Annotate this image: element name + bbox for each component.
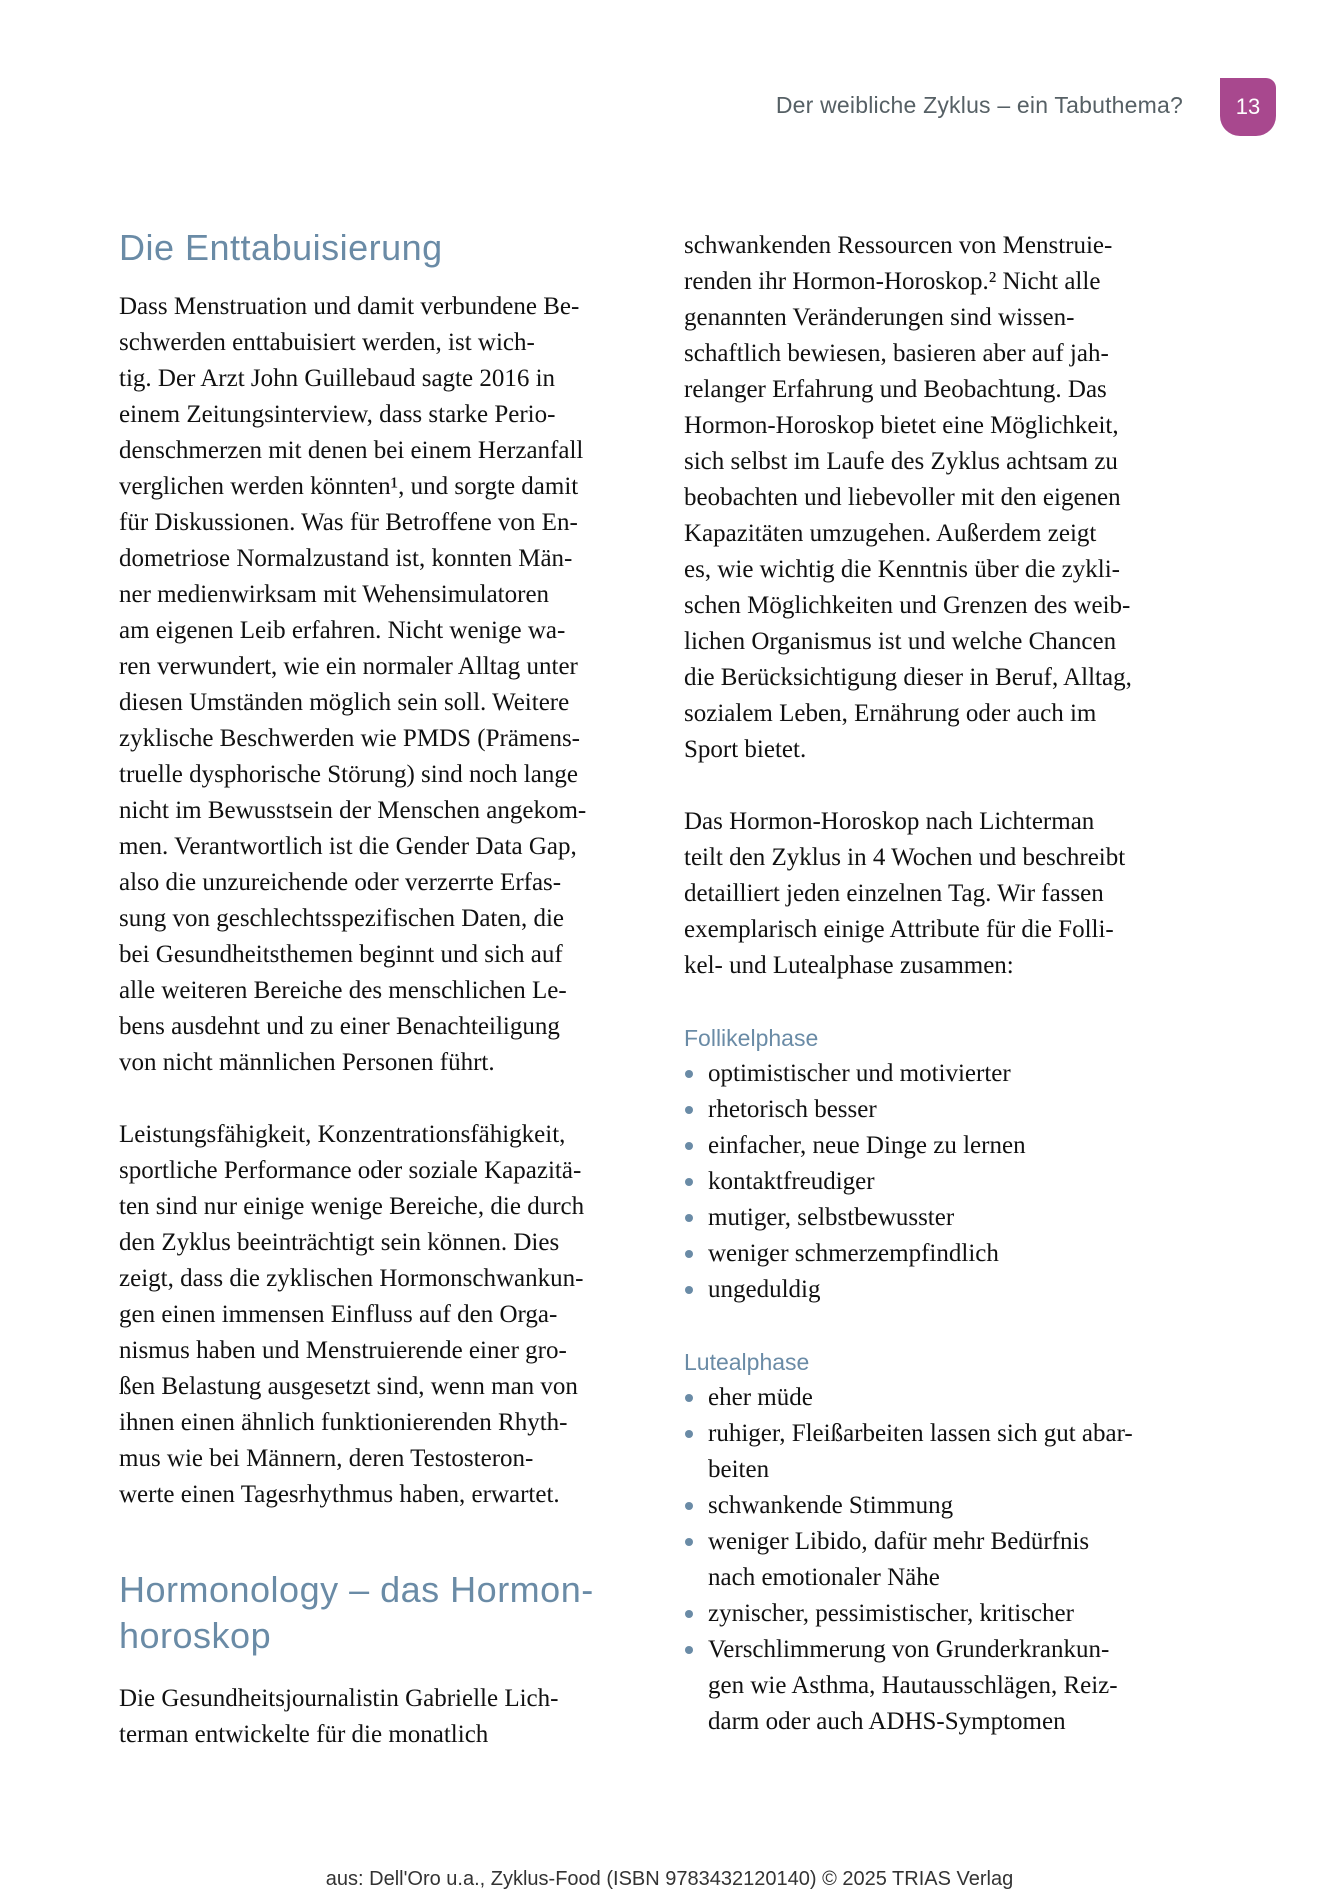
text-line: truelle dysphorische Störung) sind noch …: [119, 757, 639, 793]
list-item-text: Verschlimmerung von Grunderkrankun-: [708, 1632, 1204, 1668]
text-line: alle weiteren Bereiche des menschlichen …: [119, 973, 639, 1009]
paragraph: Die Gesundheitsjournalistin Gabrielle Li…: [119, 1681, 639, 1753]
text-line: schen Möglichkeiten und Grenzen des weib…: [684, 588, 1204, 624]
paragraph: Das Hormon-Horoskop nach Lichtermanteilt…: [684, 804, 1204, 984]
text-line: sich selbst im Laufe des Zyklus achtsam …: [684, 444, 1204, 480]
text-line: zeigt, dass die zyklischen Hormonschwank…: [119, 1261, 639, 1297]
text-line: den Zyklus beeinträchtigt sein können. D…: [119, 1225, 639, 1261]
text-line: ßen Belastung ausgesetzt sind, wenn man …: [119, 1369, 639, 1405]
text-line: sung von geschlechtsspezifischen Daten, …: [119, 901, 639, 937]
text-line: schwerden enttabuisiert werden, ist wich…: [119, 325, 639, 361]
bullet-icon: [685, 1610, 693, 1618]
right-column: schwankenden Ressourcen von Menstruie-re…: [684, 228, 1204, 1740]
text-line: tig. Der Arzt John Guillebaud sagte 2016…: [119, 361, 639, 397]
bullet-icon: [685, 1070, 693, 1078]
source-footer: aus: Dell'Oro u.a., Zyklus-Food (ISBN 97…: [0, 1868, 1339, 1890]
list-item-text: ungeduldig: [708, 1272, 1204, 1308]
list-item-text: weniger schmerzempfindlich: [708, 1236, 1204, 1272]
list-item: zynischer, pessimistischer, kritischer: [684, 1596, 1204, 1632]
list-item-text: gen wie Asthma, Hautausschlägen, Reiz-: [708, 1668, 1204, 1704]
paragraph: schwankenden Ressourcen von Menstruie-re…: [684, 228, 1204, 768]
text-line: bens ausdehnt und zu einer Benachteiligu…: [119, 1009, 639, 1045]
bullet-icon: [685, 1106, 693, 1114]
text-line: verglichen werden könnten¹, und sorgte d…: [119, 469, 639, 505]
text-line: teilt den Zyklus in 4 Wochen und beschre…: [684, 840, 1204, 876]
text-line: Kapazitäten umzugehen. Außerdem zeigt: [684, 516, 1204, 552]
text-line: Das Hormon-Horoskop nach Lichterman: [684, 804, 1204, 840]
text-line: genannten Veränderungen sind wissen-: [684, 300, 1204, 336]
bullet-icon: [685, 1502, 693, 1510]
list-item: schwankende Stimmung: [684, 1488, 1204, 1524]
list-item-text: eher müde: [708, 1380, 1204, 1416]
text-line: Hormon-Horoskop bietet eine Möglichkeit,: [684, 408, 1204, 444]
bullet-icon: [685, 1178, 693, 1186]
list-item: einfacher, neue Dinge zu lernen: [684, 1128, 1204, 1164]
text-line: es, wie wichtig die Kenntnis über die zy…: [684, 552, 1204, 588]
text-line: einem Zeitungsinterview, dass starke Per…: [119, 397, 639, 433]
text-line: also die unzureichende oder verzerrte Er…: [119, 865, 639, 901]
text-line: werte einen Tagesrhythmus haben, erwarte…: [119, 1477, 639, 1513]
left-column: Die Enttabuisierung Dass Menstruation un…: [119, 225, 639, 1753]
text-line: bei Gesundheitsthemen beginnt und sich a…: [119, 937, 639, 973]
text-line: men. Verantwortlich ist die Gender Data …: [119, 829, 639, 865]
text-line: ihnen einen ähnlich funktionierenden Rhy…: [119, 1405, 639, 1441]
text-line: ren verwundert, wie ein normaler Alltag …: [119, 649, 639, 685]
text-line: exemplarisch einige Attribute für die Fo…: [684, 912, 1204, 948]
text-line: Sport bietet.: [684, 732, 1204, 768]
list-item: rhetorisch besser: [684, 1092, 1204, 1128]
text-line: relanger Erfahrung und Beobachtung. Das: [684, 372, 1204, 408]
list-item-text: beiten: [708, 1452, 1204, 1488]
text-line: für Diskussionen. Was für Betroffene von…: [119, 505, 639, 541]
lutealphase-list: eher müderuhiger, Fleißarbeiten lassen s…: [684, 1380, 1204, 1740]
list-item: mutiger, selbstbewusster: [684, 1200, 1204, 1236]
text-line: Dass Menstruation und damit verbundene B…: [119, 289, 639, 325]
list-item: weniger schmerzempfindlich: [684, 1236, 1204, 1272]
text-line: terman entwickelte für die monatlich: [119, 1717, 639, 1753]
list-item-text: ruhiger, Fleißarbeiten lassen sich gut a…: [708, 1416, 1204, 1452]
list-item-text: darm oder auch ADHS-Symptomen: [708, 1704, 1204, 1740]
text-line: ner medienwirksam mit Wehensimulatoren: [119, 577, 639, 613]
bullet-icon: [685, 1214, 693, 1222]
text-line: diesen Umständen möglich sein soll. Weit…: [119, 685, 639, 721]
list-item: optimistischer und motivierter: [684, 1056, 1204, 1092]
list-item-text: mutiger, selbstbewusster: [708, 1200, 1204, 1236]
list-item-text: weniger Libido, dafür mehr Bedürfnis: [708, 1524, 1204, 1560]
bullet-icon: [685, 1430, 693, 1438]
text-line: beobachten und liebevoller mit den eigen…: [684, 480, 1204, 516]
list-item-text: schwankende Stimmung: [708, 1488, 1204, 1524]
list-item-text: einfacher, neue Dinge zu lernen: [708, 1128, 1204, 1164]
text-line: Hormonology – das Hormon-: [119, 1567, 639, 1613]
list-item-text: optimistischer und motivierter: [708, 1056, 1204, 1092]
text-line: nismus haben und Menstruierende einer gr…: [119, 1333, 639, 1369]
text-line: nicht im Bewusstsein der Menschen angeko…: [119, 793, 639, 829]
list-item: eher müde: [684, 1380, 1204, 1416]
bullet-icon: [685, 1250, 693, 1258]
list-item: ruhiger, Fleißarbeiten lassen sich gut a…: [684, 1416, 1204, 1488]
text-line: detailliert jeden einzelnen Tag. Wir fas…: [684, 876, 1204, 912]
bullet-icon: [685, 1142, 693, 1150]
list-item-text: nach emotionaler Nähe: [708, 1560, 1204, 1596]
section-heading-enttabuisierung: Die Enttabuisierung: [119, 225, 639, 271]
follikelphase-heading: Follikelphase: [684, 1020, 1204, 1056]
page-number-badge: 13: [1220, 78, 1276, 136]
text-line: von nicht männlichen Personen führt.: [119, 1045, 639, 1081]
bullet-icon: [685, 1538, 693, 1546]
text-line: sozialem Leben, Ernährung oder auch im: [684, 696, 1204, 732]
text-line: gen einen immensen Einfluss auf den Orga…: [119, 1297, 639, 1333]
text-line: horoskop: [119, 1613, 639, 1659]
text-line: ten sind nur einige wenige Bereiche, die…: [119, 1189, 639, 1225]
text-line: schaftlich bewiesen, basieren aber auf j…: [684, 336, 1204, 372]
section-heading-hormonology: Hormonology – das Hormon-horoskop: [119, 1567, 639, 1659]
running-header-title: Der weibliche Zyklus – ein Tabuthema?: [776, 92, 1183, 119]
text-line: die Berücksichtigung dieser in Beruf, Al…: [684, 660, 1204, 696]
list-item-text: kontaktfreudiger: [708, 1164, 1204, 1200]
follikelphase-list: optimistischer und motivierterrhetorisch…: [684, 1056, 1204, 1308]
text-line: dometriose Normalzustand ist, konnten Mä…: [119, 541, 639, 577]
text-line: renden ihr Hormon-Horoskop.² Nicht alle: [684, 264, 1204, 300]
list-item: ungeduldig: [684, 1272, 1204, 1308]
text-line: denschmerzen mit denen bei einem Herzanf…: [119, 433, 639, 469]
list-item: kontaktfreudiger: [684, 1164, 1204, 1200]
text-line: am eigenen Leib erfahren. Nicht wenige w…: [119, 613, 639, 649]
list-item: weniger Libido, dafür mehr Bedürfnisnach…: [684, 1524, 1204, 1596]
paragraph: Leistungsfähigkeit, Konzentrationsfähigk…: [119, 1117, 639, 1513]
list-item: Verschlimmerung von Grunderkrankun-gen w…: [684, 1632, 1204, 1740]
text-line: kel- und Lutealphase zusammen:: [684, 948, 1204, 984]
text-line: lichen Organismus ist und welche Chancen: [684, 624, 1204, 660]
list-item-text: rhetorisch besser: [708, 1092, 1204, 1128]
text-line: Leistungsfähigkeit, Konzentrationsfähigk…: [119, 1117, 639, 1153]
bullet-icon: [685, 1286, 693, 1294]
list-item-text: zynischer, pessimistischer, kritischer: [708, 1596, 1204, 1632]
text-line: Die Gesundheitsjournalistin Gabrielle Li…: [119, 1681, 639, 1717]
text-line: sportliche Performance oder soziale Kapa…: [119, 1153, 639, 1189]
bullet-icon: [685, 1646, 693, 1654]
text-line: zyklische Beschwerden wie PMDS (Prämens-: [119, 721, 639, 757]
lutealphase-heading: Lutealphase: [684, 1344, 1204, 1380]
text-line: mus wie bei Männern, deren Testosteron-: [119, 1441, 639, 1477]
bullet-icon: [685, 1394, 693, 1402]
text-line: schwankenden Ressourcen von Menstruie-: [684, 228, 1204, 264]
paragraph: Dass Menstruation und damit verbundene B…: [119, 289, 639, 1081]
